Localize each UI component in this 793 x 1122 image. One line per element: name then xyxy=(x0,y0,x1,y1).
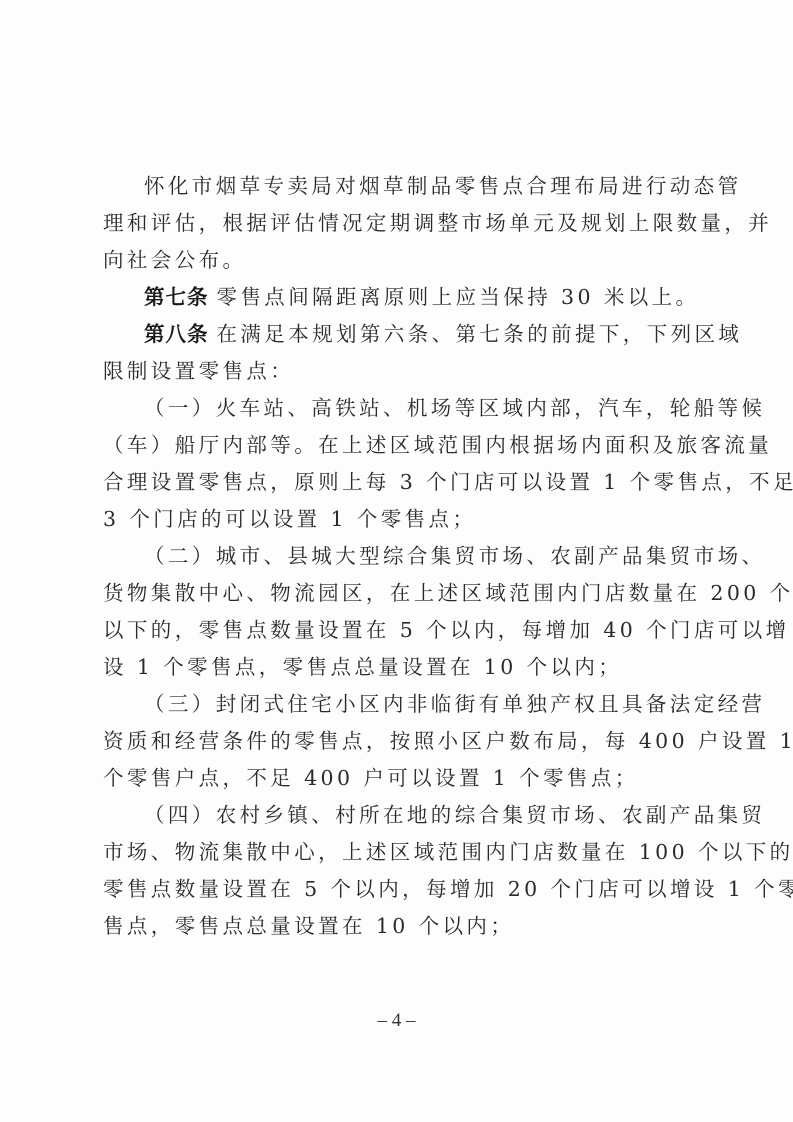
text-line: 理和评估，根据评估情况定期调整市场单元及规划上限数量，并 xyxy=(103,205,665,242)
list-item-1: （一）火车站、高铁站、机场等区域内部，汽车，轮船等候 （车）船厅内部等。在上述区… xyxy=(103,390,665,538)
text-line: 怀化市烟草专卖局对烟草制品零售点合理布局进行动态管 xyxy=(103,168,665,205)
text-line: 限制设置零售点： xyxy=(103,353,665,390)
text-line: 第八条在满足本规划第六条、第七条的前提下，下列区域 xyxy=(103,316,665,353)
text-line: 设 1 个零售点，零售点总量设置在 10 个以内； xyxy=(103,649,665,686)
text-line: 货物集散中心、物流园区，在上述区域范围内门店数量在 200 个 xyxy=(103,575,665,612)
text-line: 零售点数量设置在 5 个以内，每增加 20 个门店可以增设 1 个零 xyxy=(103,871,665,908)
paragraph-dynamic-management: 怀化市烟草专卖局对烟草制品零售点合理布局进行动态管 理和评估，根据评估情况定期调… xyxy=(103,168,665,279)
text-line: 以下的，零售点数量设置在 5 个以内，每增加 40 个门店可以增 xyxy=(103,612,665,649)
text-line: （四）农村乡镇、村所在地的综合集贸市场、农副产品集贸 xyxy=(103,797,665,834)
text-line: 合理设置零售点，原则上每 3 个门店可以设置 1 个零售点，不足 xyxy=(103,464,665,501)
text-line: （三）封闭式住宅小区内非临街有单独产权且具备法定经营 xyxy=(103,686,665,723)
text-line: 向社会公布。 xyxy=(103,242,665,279)
text-line: 3 个门店的可以设置 1 个零售点； xyxy=(103,501,665,538)
article-7: 第七条零售点间隔距离原则上应当保持 30 米以上。 xyxy=(103,279,665,316)
article-text: 零售点间隔距离原则上应当保持 30 米以上。 xyxy=(217,285,700,309)
list-item-2: （二）城市、县城大型综合集贸市场、农副产品集贸市场、 货物集散中心、物流园区，在… xyxy=(103,538,665,686)
text-line: （一）火车站、高铁站、机场等区域内部，汽车，轮船等候 xyxy=(103,390,665,427)
document-page: 怀化市烟草专卖局对烟草制品零售点合理布局进行动态管 理和评估，根据评估情况定期调… xyxy=(0,0,793,1122)
article-heading: 第八条 xyxy=(144,322,209,346)
article-text: 在满足本规划第六条、第七条的前提下，下列区域 xyxy=(217,322,743,346)
text-line: 市场、物流集散中心，上述区域范围内门店数量在 100 个以下的， xyxy=(103,834,665,871)
list-item-4: （四）农村乡镇、村所在地的综合集贸市场、农副产品集贸 市场、物流集散中心，上述区… xyxy=(103,797,665,945)
text-line: （二）城市、县城大型综合集贸市场、农副产品集贸市场、 xyxy=(103,538,665,575)
list-item-3: （三）封闭式住宅小区内非临街有单独产权且具备法定经营 资质和经营条件的零售点，按… xyxy=(103,686,665,797)
page-number: – 4 – xyxy=(0,1010,793,1032)
text-line: 第七条零售点间隔距离原则上应当保持 30 米以上。 xyxy=(103,279,665,316)
text-line: 售点，零售点总量设置在 10 个以内； xyxy=(103,908,665,945)
text-line: 资质和经营条件的零售点，按照小区户数布局，每 400 户设置 1 xyxy=(103,723,665,760)
document-body: 怀化市烟草专卖局对烟草制品零售点合理布局进行动态管 理和评估，根据评估情况定期调… xyxy=(103,168,665,945)
article-heading: 第七条 xyxy=(144,285,209,309)
article-8: 第八条在满足本规划第六条、第七条的前提下，下列区域 限制设置零售点： xyxy=(103,316,665,390)
text-line: （车）船厅内部等。在上述区域范围内根据场内面积及旅客流量 xyxy=(103,427,665,464)
text-line: 个零售户点，不足 400 户可以设置 1 个零售点； xyxy=(103,760,665,797)
